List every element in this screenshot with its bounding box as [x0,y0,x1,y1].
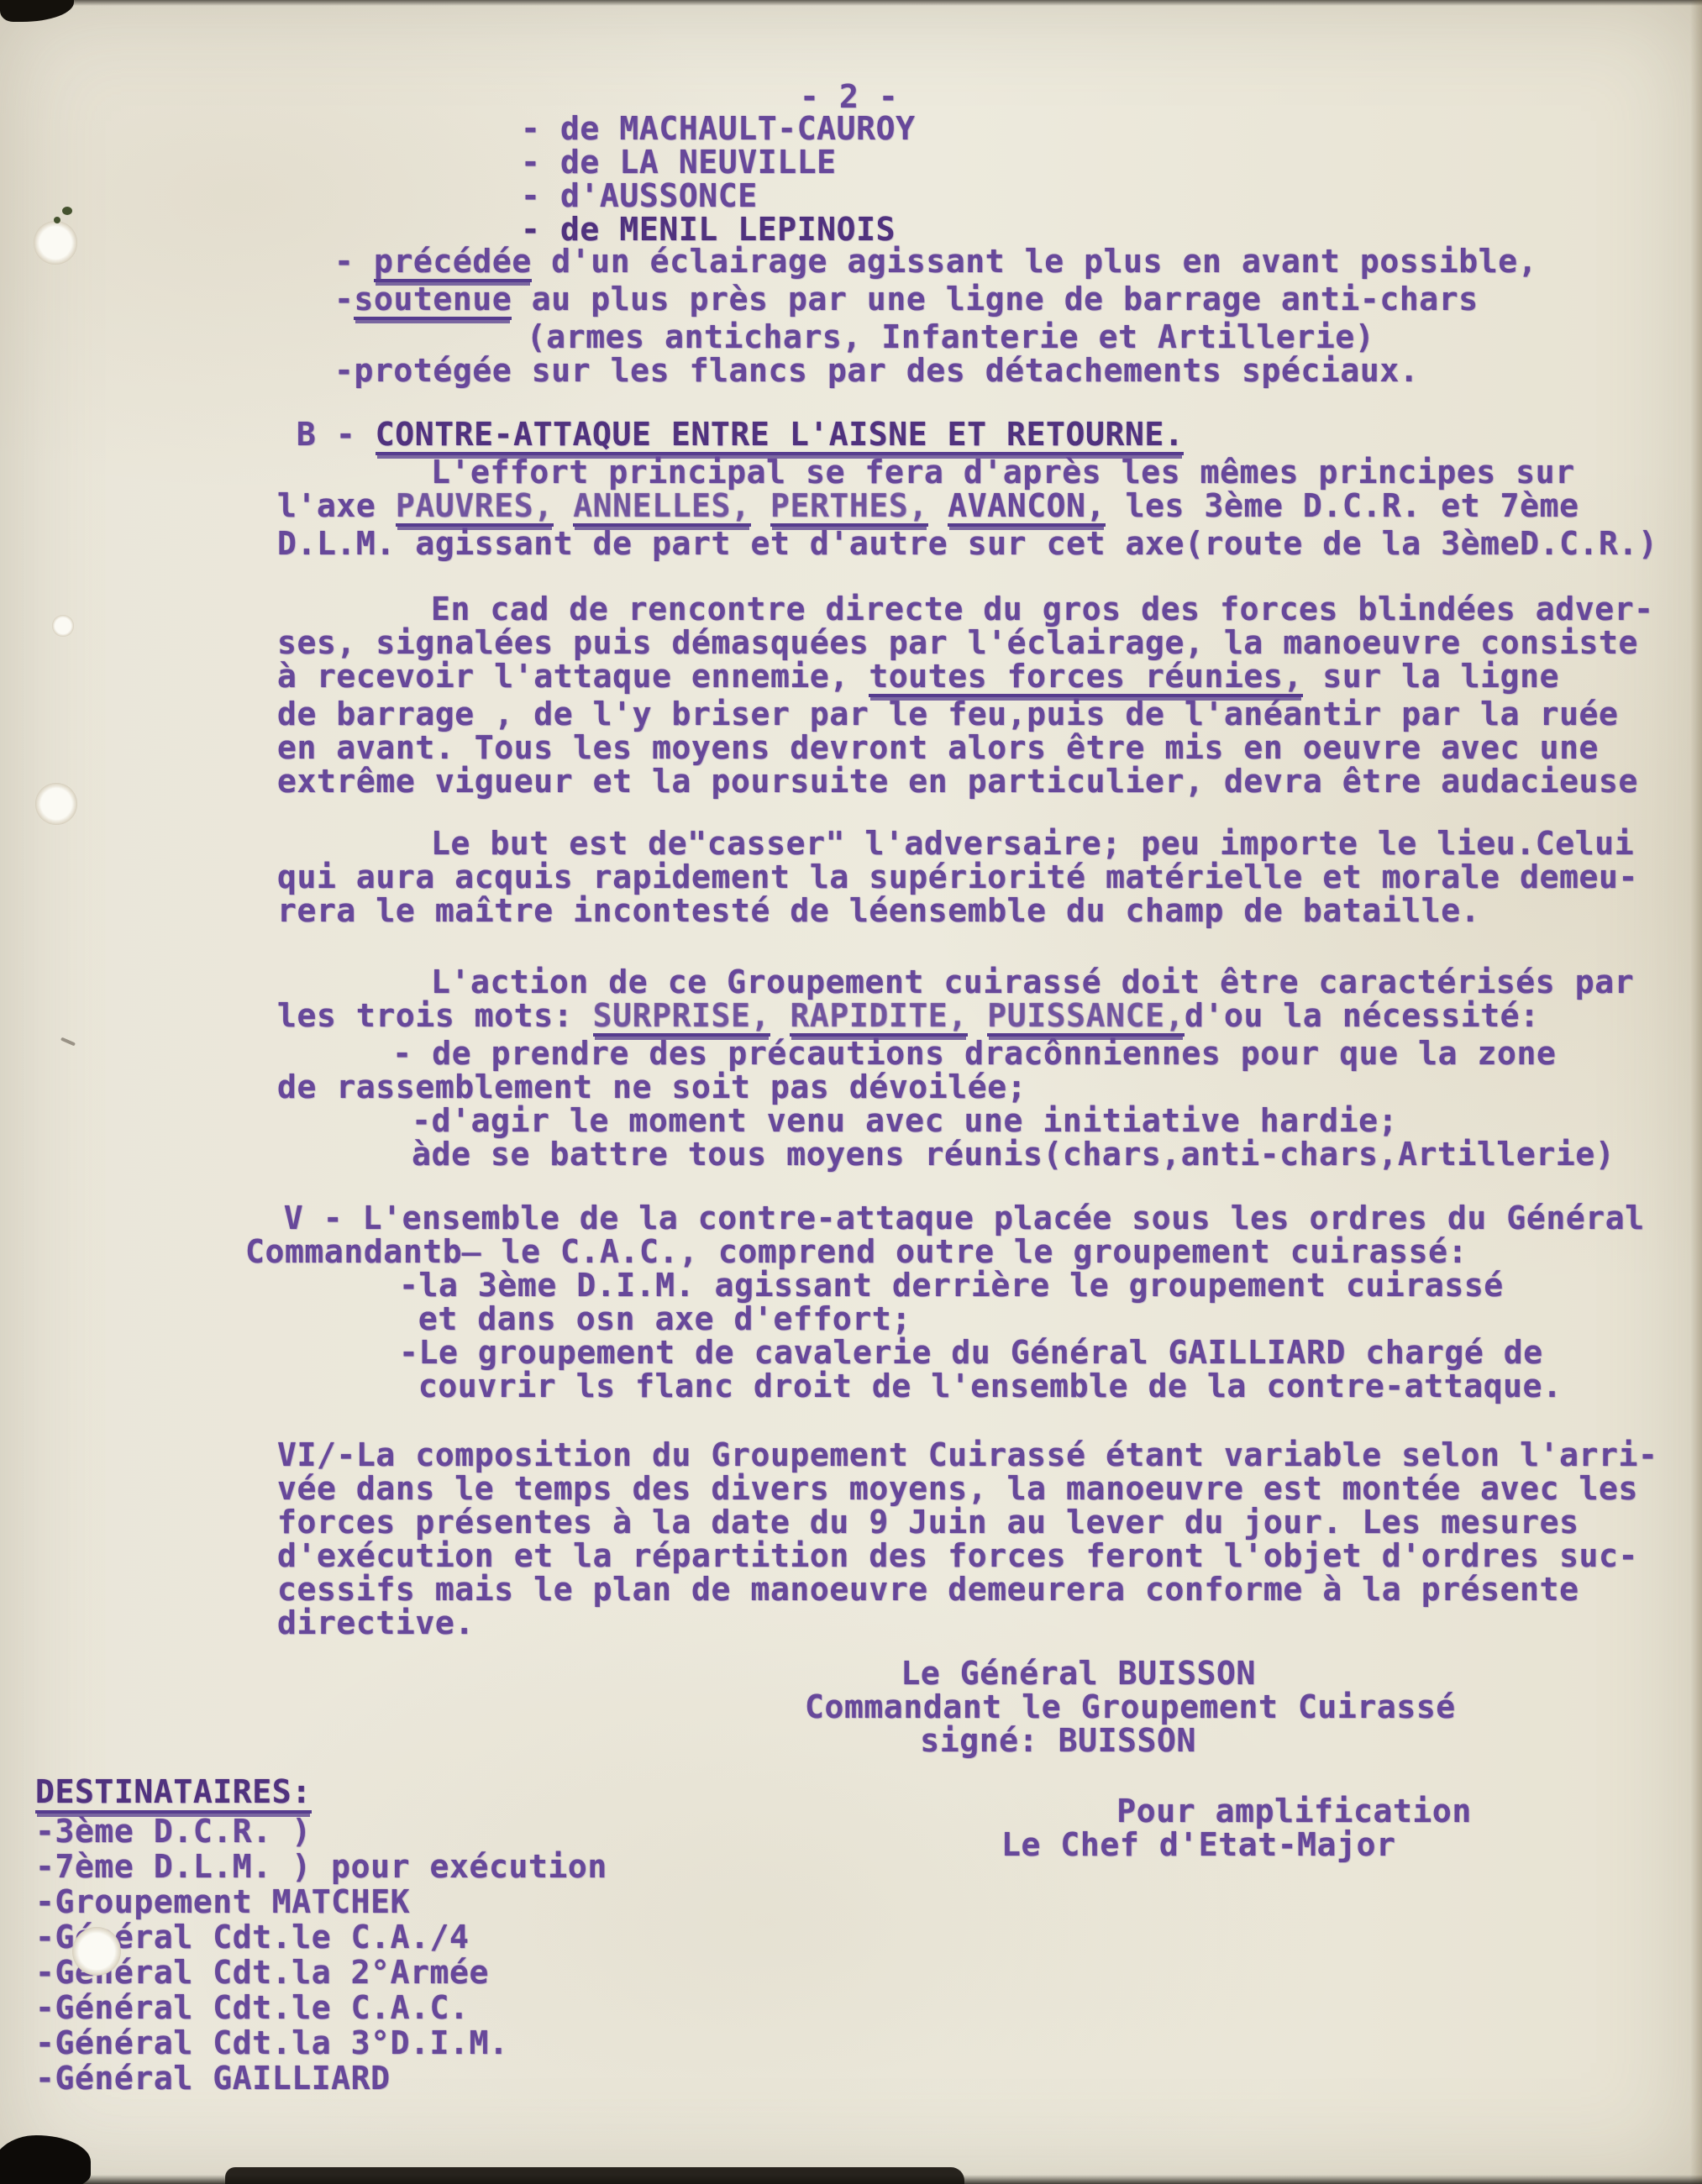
text-segment [751,489,770,522]
text-segment: Le Général BUISSON [901,1656,1256,1690]
text-segment: -Le groupement de cavalerie du Général G… [399,1336,1543,1369]
scan-edge-top [0,0,1702,6]
text-segment: l'axe [277,489,396,522]
document-line: D.L.M. agissant de part et d'autre sur c… [277,527,1657,560]
page-number: - 2 - [800,80,898,113]
scan-shadow-band [225,2167,964,2184]
underlined-text: PAUVRES, [396,489,554,527]
text-segment: -la 3ème D.I.M. agissant derrière le gro… [399,1268,1504,1302]
punch-hole [34,221,77,265]
document-line: - de MACHAULT-CAUROY [521,112,916,145]
document-line: l'axe PAUVRES, ANNELLES, PERTHES, AVANCO… [277,489,1657,527]
text-segment: - de prendre des précautions dracônnienn… [392,1037,1556,1070]
block-section-b: B - CONTRE-ATTAQUE ENTRE L'AISNE ET RETO… [277,417,1657,560]
text-segment: V - L'ensemble de la contre-attaque plac… [284,1201,1645,1235]
text-segment: - de MACHAULT-CAUROY [521,112,916,145]
punch-hole [72,1927,121,1976]
punch-hole [35,783,77,825]
document-line: (armes antichars, Infanterie et Artiller… [334,320,1537,354]
document-line: à recevoir l'attaque ennemie, toutes for… [277,659,1654,697]
text-segment: - de MENIL LEPINOIS [521,213,896,246]
text-segment: les trois mots: [277,999,593,1032]
document-line: rera le maître incontesté de léensemble … [277,894,1638,927]
text-segment: -7ème D.L.M. ) pour exécution [35,1849,607,1884]
block-section-vi: VI/-La composition du Groupement Cuirass… [277,1438,1657,1640]
document-line: -d'agir le moment venu avec une initiati… [277,1104,1634,1137]
underlined-text: RAPIDITE, [790,999,967,1037]
document-line: -Général Cdt.la 2°Armée [35,1955,607,1990]
document-line: et dans osn axe d'effort; [245,1302,1645,1336]
document-line: L'action de ce Groupement cuirassé doit … [277,965,1634,999]
text-segment: au plus près par une ligne de barrage an… [512,282,1478,316]
text-segment: D.L.M. agissant de part et d'autre sur c… [277,527,1657,560]
document-line: forces présentes à la date du 9 Juin au … [277,1505,1657,1539]
document-line: -7ème D.L.M. ) pour exécution [35,1849,607,1884]
text-segment: rera le maître incontesté de léensemble … [277,894,1480,927]
document-line: vée dans le temps des divers moyens, la … [277,1472,1657,1505]
underlined-text: ANNELLES, [573,489,750,527]
document-page: - 2 - - de MACHAULT-CAUROY- de LA NEUVIL… [0,0,1702,2184]
document-line: de rassemblement ne soit pas dévoilée; [277,1070,1634,1104]
text-segment [968,999,987,1032]
document-line: - de MENIL LEPINOIS [521,213,916,246]
text-segment: signé: BUISSON [920,1724,1196,1757]
underlined-text: précédée [374,244,532,282]
document-line: Commandant le Groupement Cuirassé [805,1690,1456,1724]
text-segment: d'exécution et la répartition des forces… [277,1539,1638,1572]
underlined-text: AVANCON, [948,489,1106,527]
text-segment: Le Chef d'Etat-Major [1001,1828,1396,1861]
pencil-mark [60,1037,76,1047]
ink-speck [54,217,60,223]
document-line: -soutenue au plus près par une ligne de … [334,282,1537,320]
corner-mark-top-left [0,0,74,22]
document-line: -Groupement MATCHEK [35,1884,607,1919]
underlined-text: PUISSANCE, [987,999,1185,1037]
corner-mark-bottom-left [0,2135,91,2184]
document-line: cessifs mais le plan de manoeuvre demeur… [277,1572,1657,1606]
text-segment [928,489,948,522]
underlined-text: soutenue [354,282,512,320]
text-segment: vée dans le temps des divers moyens, la … [277,1472,1638,1505]
text-segment: de rassemblement ne soit pas dévoilée; [277,1070,1027,1104]
document-line: -Le groupement de cavalerie du Général G… [245,1336,1645,1369]
text-segment: B - [297,417,376,451]
underlined-text: PERTHES, [770,489,928,527]
text-segment: -protégée sur les flancs par des détache… [334,354,1419,387]
document-line: En cad de rencontre directe du gros des … [277,592,1654,626]
text-segment: forces présentes à la date du 9 Juin au … [277,1505,1579,1539]
text-segment: ses, signalées puis démasquées par l'écl… [277,626,1638,659]
text-segment: -3ème D.C.R. ) [35,1814,312,1849]
page-number-text: - 2 - [800,80,898,113]
underlined-text: DESTINATAIRES: [35,1774,312,1814]
document-line: - précédée d'un éclairage agissant le pl… [334,244,1537,282]
block-destinataires: DESTINATAIRES:-3ème D.C.R. )-7ème D.L.M.… [35,1774,607,2096]
block-axis-list: - de MACHAULT-CAUROY- de LA NEUVILLE- d'… [521,112,916,246]
document-line: en avant. Tous les moyens devront alors … [277,731,1654,764]
text-segment: d'un éclairage agissant le plus en avant… [532,244,1537,278]
text-segment: VI/-La composition du Groupement Cuirass… [277,1438,1657,1472]
text-segment: Commandantb̶ le C.A.C., comprend outre l… [245,1235,1468,1268]
text-segment: de barrage , de l'y briser par le feu,pu… [277,697,1619,731]
text-segment: Pour amplification [1116,1794,1472,1828]
document-line: d'exécution et la répartition des forces… [277,1539,1657,1572]
document-line: extrême vigueur et la poursuite en parti… [277,764,1654,798]
document-line: Pour amplification [1001,1794,1472,1828]
document-line: V - L'ensemble de la contre-attaque plac… [245,1201,1645,1235]
document-line: -Général Cdt.le C.A.C. [35,1990,607,2025]
text-segment: à recevoir l'attaque ennemie, [277,659,869,693]
document-line: directive. [277,1606,1657,1640]
text-segment: -d'agir le moment venu avec une initiati… [412,1104,1398,1137]
text-segment: - [334,282,354,316]
document-line: - de LA NEUVILLE [521,145,916,179]
text-segment: extrême vigueur et la poursuite en parti… [277,764,1638,798]
text-segment: -Général Cdt.le C.A.C. [35,1990,470,2025]
text-segment: - d'AUSSONCE [521,179,758,213]
document-line: -la 3ème D.I.M. agissant derrière le gro… [245,1268,1645,1302]
scan-edge-right [1690,0,1702,2184]
document-line: -Général Cdt.le C.A./4 [35,1919,607,1955]
document-line: Commandantb̶ le C.A.C., comprend outre l… [245,1235,1645,1268]
block-signature: Le Général BUISSONCommandant le Groupeme… [805,1656,1456,1757]
block-para-2: Le but est de"casser" l'adversaire; peu … [277,827,1638,927]
text-segment: sur la ligne [1303,659,1559,693]
text-segment: - de LA NEUVILLE [521,145,837,179]
document-line: DESTINATAIRES: [35,1774,607,1814]
document-line: Le Général BUISSON [805,1656,1456,1690]
underlined-text: CONTRE-ATTAQUE ENTRE L'AISNE ET RETOURNE… [376,417,1185,455]
punch-hole [52,615,74,637]
text-segment: Le but est de"casser" l'adversaire; peu … [431,827,1634,860]
document-line: de barrage , de l'y briser par le feu,pu… [277,697,1654,731]
document-line: VI/-La composition du Groupement Cuirass… [277,1438,1657,1472]
document-line: àde se battre tous moyens réunis(chars,a… [277,1137,1634,1171]
text-segment: d'ou la nécessité: [1185,999,1540,1032]
text-segment [770,999,790,1032]
document-line: -protégée sur les flancs par des détache… [334,354,1537,387]
block-dash-list: - précédée d'un éclairage agissant le pl… [334,244,1537,387]
text-segment: (armes antichars, Infanterie et Artiller… [527,320,1375,354]
text-segment: -Général Cdt.la 3°D.I.M. [35,2025,508,2061]
document-line: signé: BUISSON [805,1724,1456,1757]
text-segment: En cad de rencontre directe du gros des … [431,592,1654,626]
text-segment: qui aura acquis rapidement la supériorit… [277,860,1638,894]
text-segment: L'action de ce Groupement cuirassé doit … [431,965,1634,999]
document-line: Le but est de"casser" l'adversaire; peu … [277,827,1638,860]
underlined-text: SURPRISE, [593,999,770,1037]
document-line: Le Chef d'Etat-Major [1001,1828,1472,1861]
document-line: B - CONTRE-ATTAQUE ENTRE L'AISNE ET RETO… [277,417,1657,455]
document-line: -3ème D.C.R. ) [35,1814,607,1849]
text-segment: cessifs mais le plan de manoeuvre demeur… [277,1572,1579,1606]
text-segment: les 3ème D.C.R. et 7ème [1106,489,1579,522]
text-segment: couvrir ls flanc droit de l'ensemble de … [418,1369,1563,1403]
block-amplification: Pour amplificationLe Chef d'Etat-Major [1001,1794,1472,1861]
text-segment: et dans osn axe d'effort; [418,1302,911,1336]
document-line: -Général GAILLIARD [35,2061,607,2096]
document-line: qui aura acquis rapidement la supériorit… [277,860,1638,894]
document-line: les trois mots: SURPRISE, RAPIDITE, PUIS… [277,999,1634,1037]
block-para-3: L'action de ce Groupement cuirassé doit … [277,965,1634,1171]
text-segment: L'effort principal se fera d'après les m… [431,455,1575,489]
text-segment: -Général GAILLIARD [35,2061,391,2096]
document-line: ses, signalées puis démasquées par l'écl… [277,626,1654,659]
text-segment: en avant. Tous les moyens devront alors … [277,731,1599,764]
underlined-text: toutes forces réunies, [869,659,1303,697]
text-segment: Commandant le Groupement Cuirassé [805,1690,1456,1724]
block-section-v: V - L'ensemble de la contre-attaque plac… [245,1201,1645,1403]
text-segment: - [334,244,374,278]
text-segment: -Groupement MATCHEK [35,1884,410,1919]
document-line: L'effort principal se fera d'après les m… [277,455,1657,489]
document-line: couvrir ls flanc droit de l'ensemble de … [245,1369,1645,1403]
document-line: -Général Cdt.la 3°D.I.M. [35,2025,607,2061]
document-line: - de prendre des précautions dracônnienn… [277,1037,1634,1070]
text-segment: àde se battre tous moyens réunis(chars,a… [412,1137,1615,1171]
text-segment: directive. [277,1606,475,1640]
block-para-1: En cad de rencontre directe du gros des … [277,592,1654,798]
ink-speck [62,207,72,215]
text-segment [554,489,573,522]
document-line: - d'AUSSONCE [521,179,916,213]
